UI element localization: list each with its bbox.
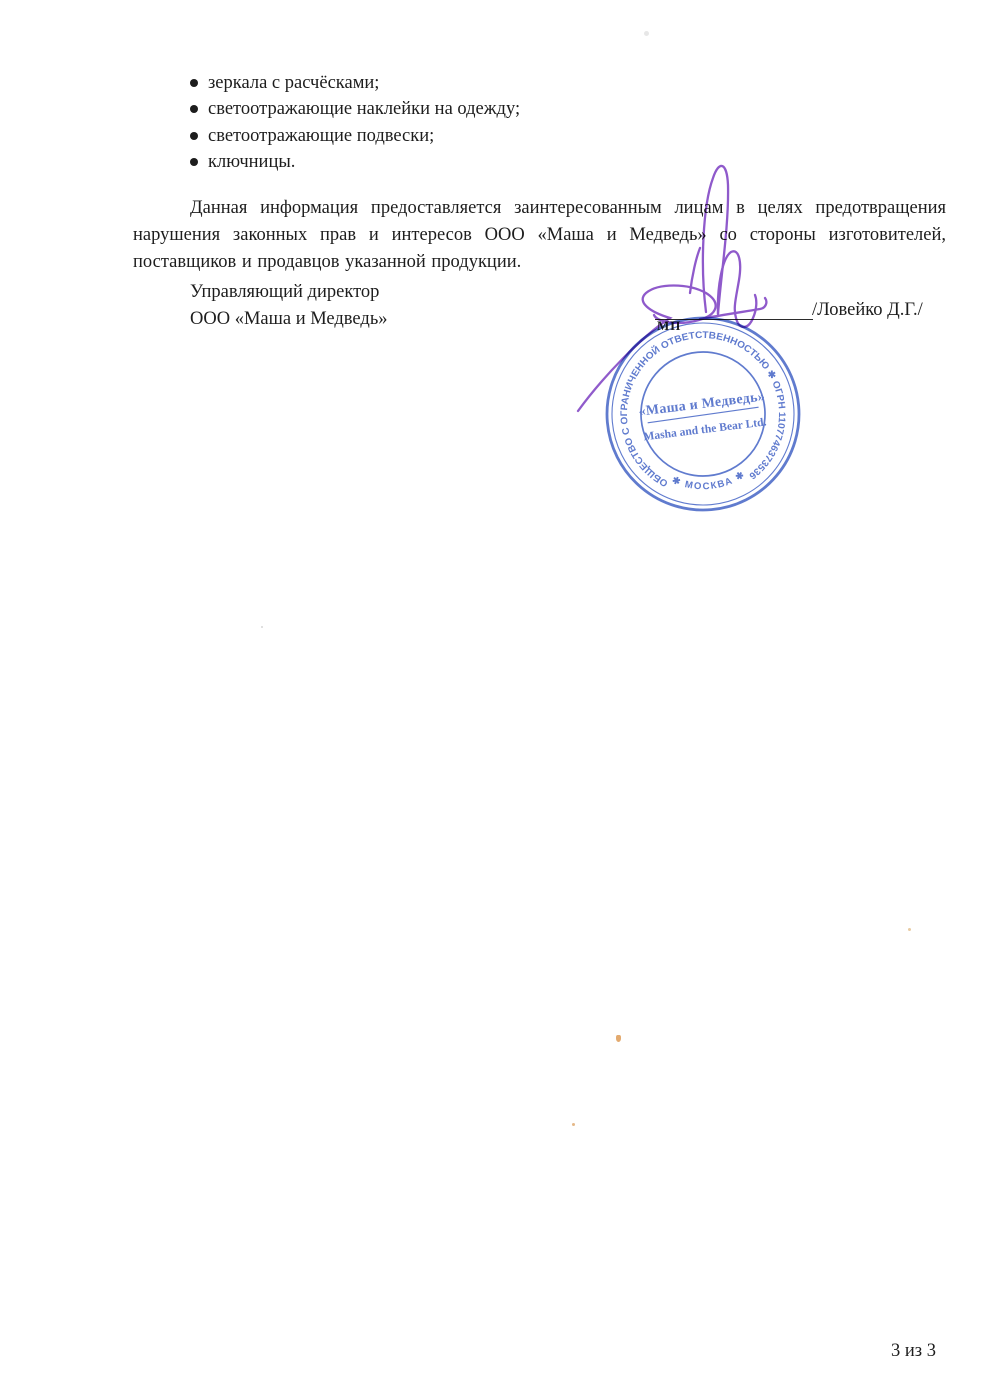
bullet-item-text: светоотражающие подвески; [208, 126, 434, 146]
bullet-item-text: зеркала с расчёсками; [208, 73, 379, 93]
list-item: светоотражающие наклейки на одежду; [190, 96, 520, 122]
page-indicator: 3 из 3 [891, 1341, 936, 1362]
signatory-company: ООО «Маша и Медведь» [190, 306, 388, 333]
scan-artifact [908, 928, 911, 931]
scan-artifact [261, 626, 263, 628]
list-item: светоотражающие подвески; [190, 123, 520, 149]
bullet-item-text: ключницы. [208, 152, 295, 172]
signatory-name: /Ловейко Д.Г./ [812, 300, 923, 321]
scan-artifact [572, 1123, 575, 1126]
signatory-block: Управляющий директор ООО «Маша и Медведь… [190, 279, 388, 333]
scanned-document-page: зеркала с расчёсками; светоотражающие на… [0, 0, 990, 1400]
bullet-list: зеркала с расчёсками; светоотражающие на… [190, 70, 520, 176]
body-paragraph: Данная информация предоставляется заинте… [133, 195, 946, 277]
company-stamp-seal: ОБЩЕСТВО С ОГРАНИЧЕННОЙ ОТВЕТСТВЕННОСТЬЮ… [593, 304, 813, 524]
scan-artifact [644, 31, 649, 36]
list-item: ключницы. [190, 149, 520, 175]
signatory-title: Управляющий директор [190, 279, 388, 306]
bullet-item-text: светоотражающие наклейки на одежду; [208, 99, 520, 119]
scan-artifact [616, 1035, 621, 1042]
stamp-company-name-en: Masha and the Bear Ltd. [643, 415, 768, 443]
list-item: зеркала с расчёсками; [190, 70, 520, 96]
